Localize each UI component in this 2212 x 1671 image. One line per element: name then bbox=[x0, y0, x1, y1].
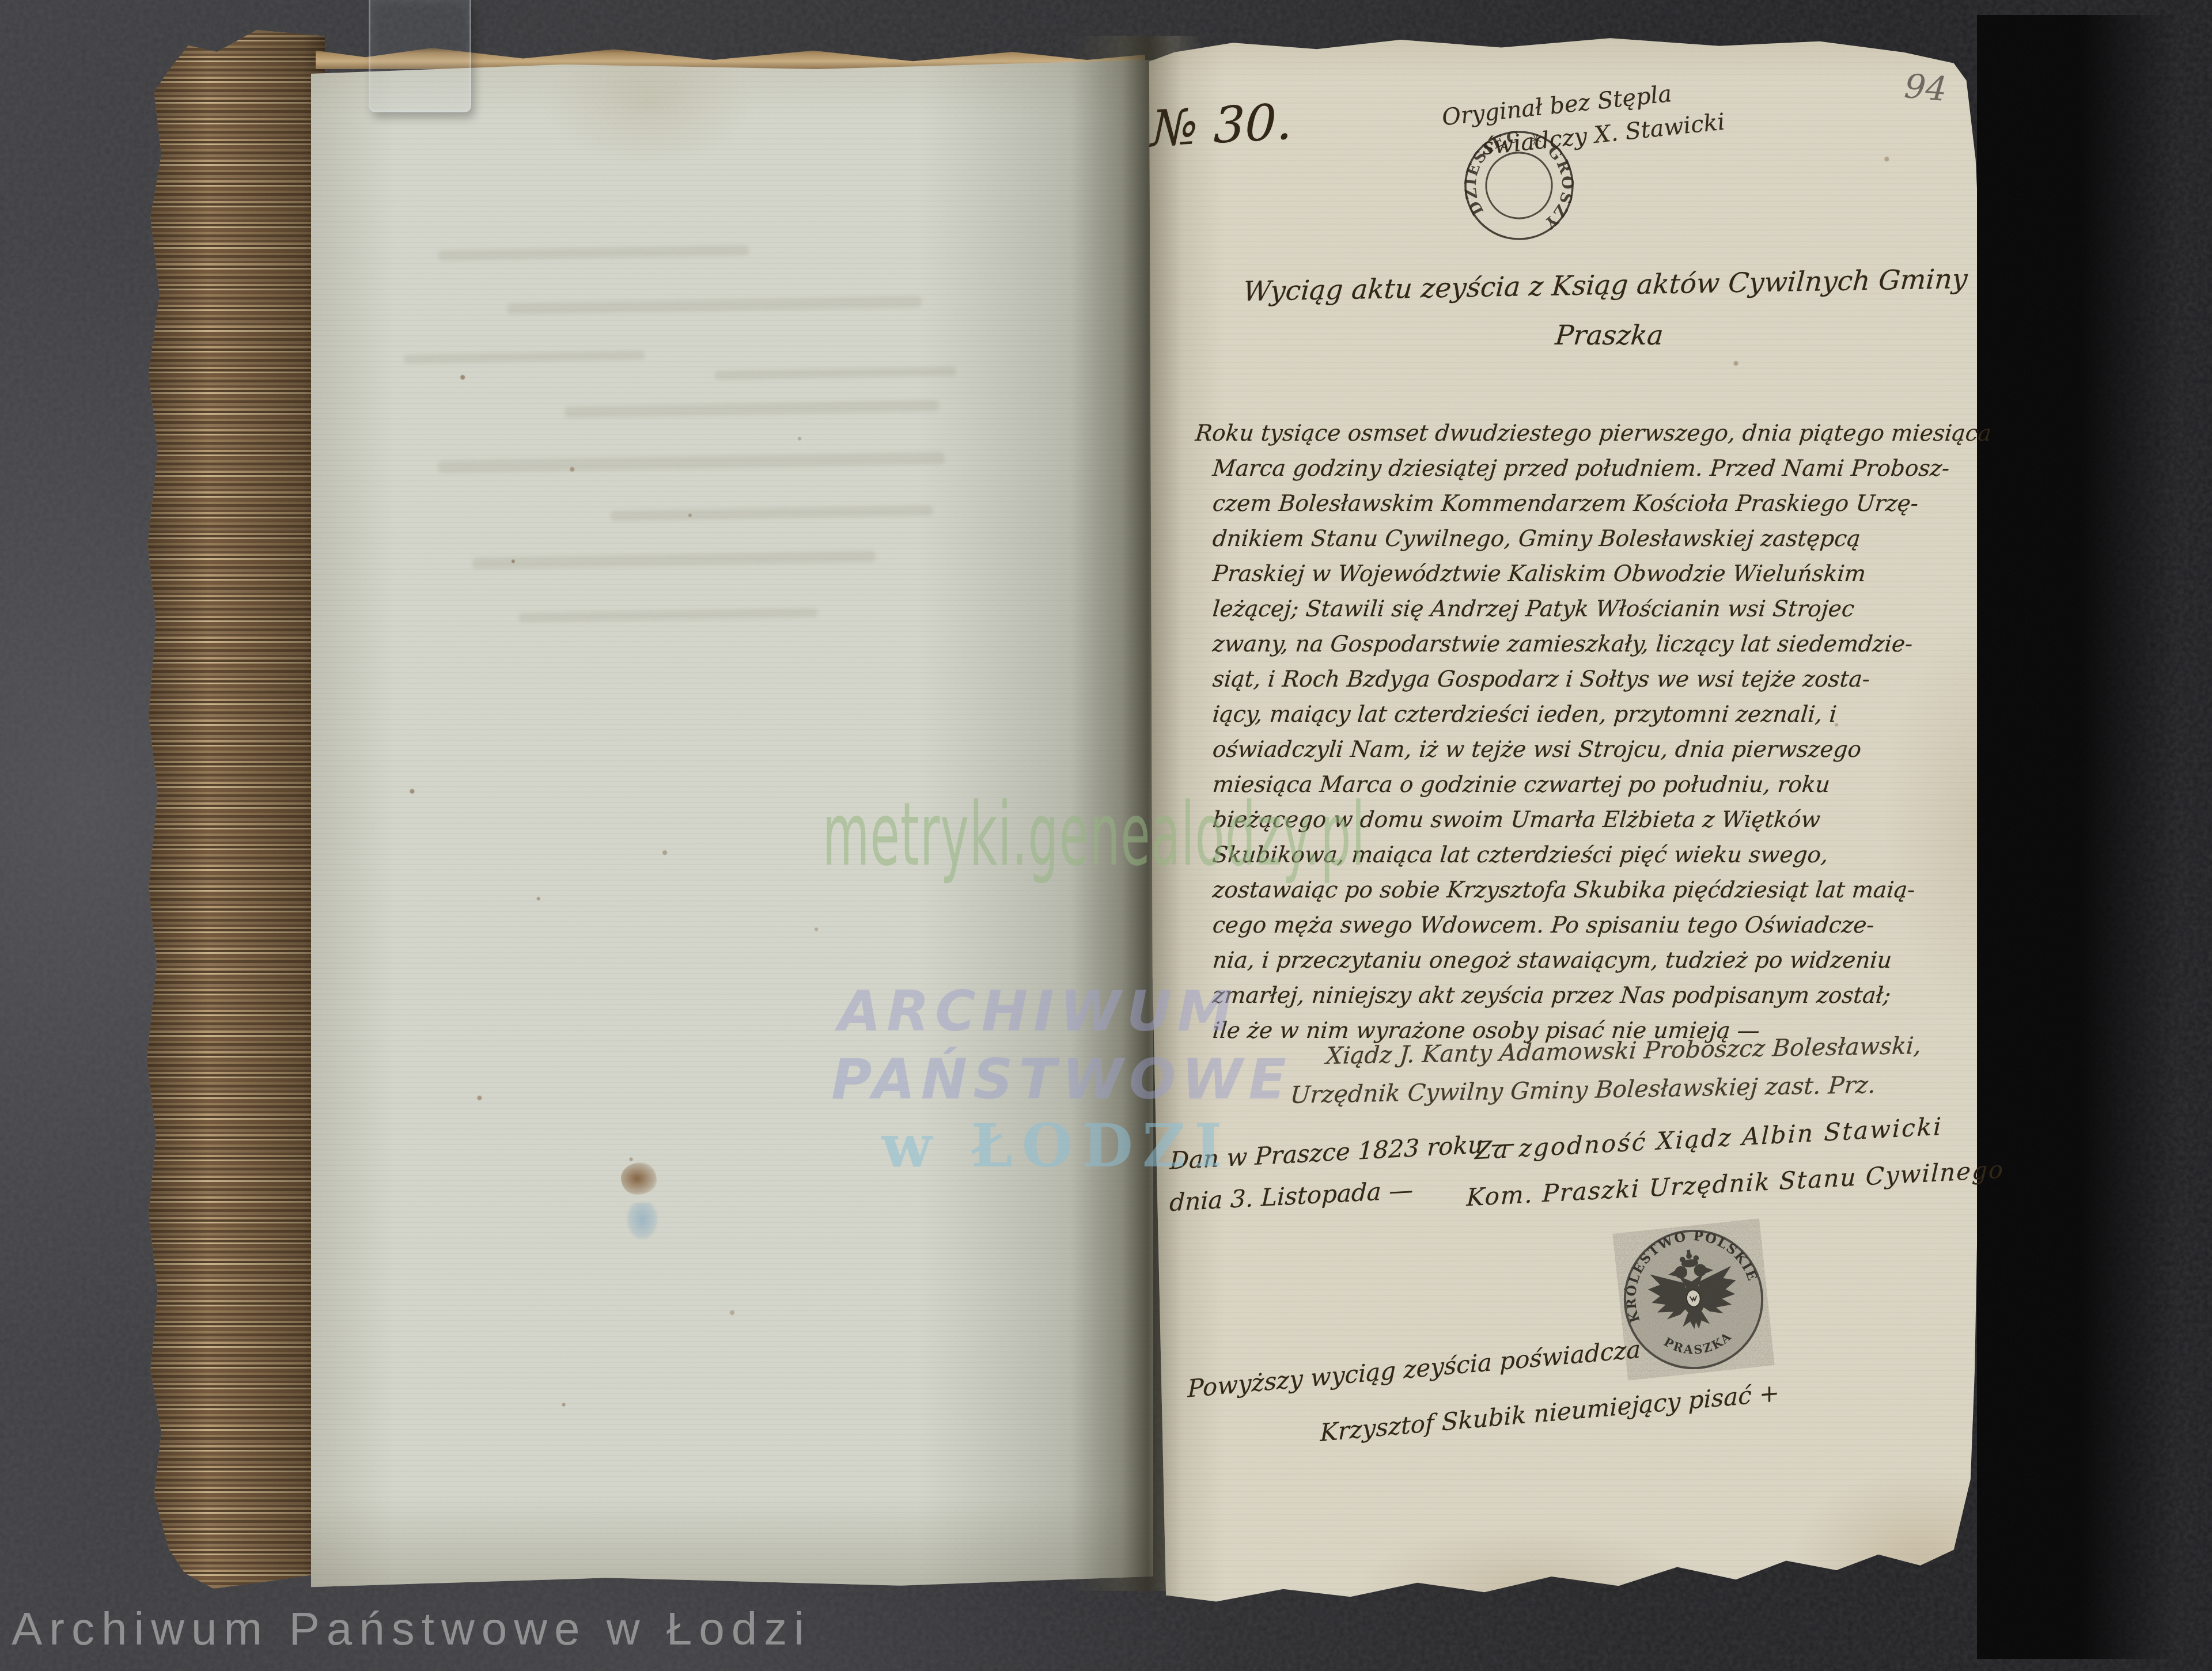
watermark-archive-line1: ARCHIWUM bbox=[838, 979, 1238, 1044]
watermark-genealogy-site: metryki.genealodzy.pl bbox=[823, 783, 1366, 885]
ink-blot bbox=[621, 1162, 657, 1195]
body-line: Praskiej w Województwie Kaliskim Obwodzi… bbox=[1211, 556, 1993, 592]
body-line: dnikiem Stanu Cywilnego, Gminy Bolesławs… bbox=[1211, 521, 1993, 556]
body-line: zwany, na Gospodarstwie zamieszkały, lic… bbox=[1211, 627, 1993, 662]
archive-caption: Archiwum Państwowe w Łodzi bbox=[12, 1602, 811, 1655]
body-line: siąt, i Roch Bzdyga Gospodarz i Sołtys w… bbox=[1211, 662, 1993, 697]
act-number: № 30. bbox=[1150, 93, 1293, 158]
body-line: cego męża swego Wdowcem. Po spisaniu teg… bbox=[1211, 908, 1993, 943]
body-text: Roku tysiące osmset dwudziestego pierwsz… bbox=[1195, 416, 1991, 1048]
blue-ink-smudge bbox=[627, 1203, 658, 1240]
watermark-archive-line3: w ŁODZI bbox=[881, 1112, 1231, 1181]
body-line: nia, i przeczytaniu onegoż stawaiącym, t… bbox=[1211, 943, 1993, 978]
plastic-page-clip bbox=[369, 0, 471, 112]
body-line: Roku tysiące osmset dwudziestego pierwsz… bbox=[1194, 416, 1993, 451]
body-line: iący, maiący lat czterdzieści ieden, prz… bbox=[1211, 697, 1993, 732]
body-line: Marca godziny dziesiątej przed południem… bbox=[1211, 451, 1993, 486]
right-edge-shadow bbox=[1977, 15, 2177, 1659]
page-number: 94 bbox=[1903, 66, 1948, 109]
watermark-archive-line2: PAŃSTWOWE bbox=[831, 1047, 1292, 1112]
body-line: zmarłej, niniejszy akt zeyścia przez Nas… bbox=[1211, 978, 1993, 1013]
archival-photo-scene: № 30. Oryginał bez Stępla świadczy X. St… bbox=[0, 0, 2212, 1671]
page-stack-fore-edge bbox=[145, 30, 325, 1589]
body-line: czem Bolesławskim Kommendarzem Kościoła … bbox=[1211, 486, 1993, 521]
body-line: leżącej; Stawili się Andrzej Patyk Włośc… bbox=[1211, 592, 1993, 627]
body-line: oświadczyli Nam, iż w tejże wsi Strojcu,… bbox=[1211, 732, 1993, 767]
heading-line-2: Praszka bbox=[1554, 320, 1665, 351]
